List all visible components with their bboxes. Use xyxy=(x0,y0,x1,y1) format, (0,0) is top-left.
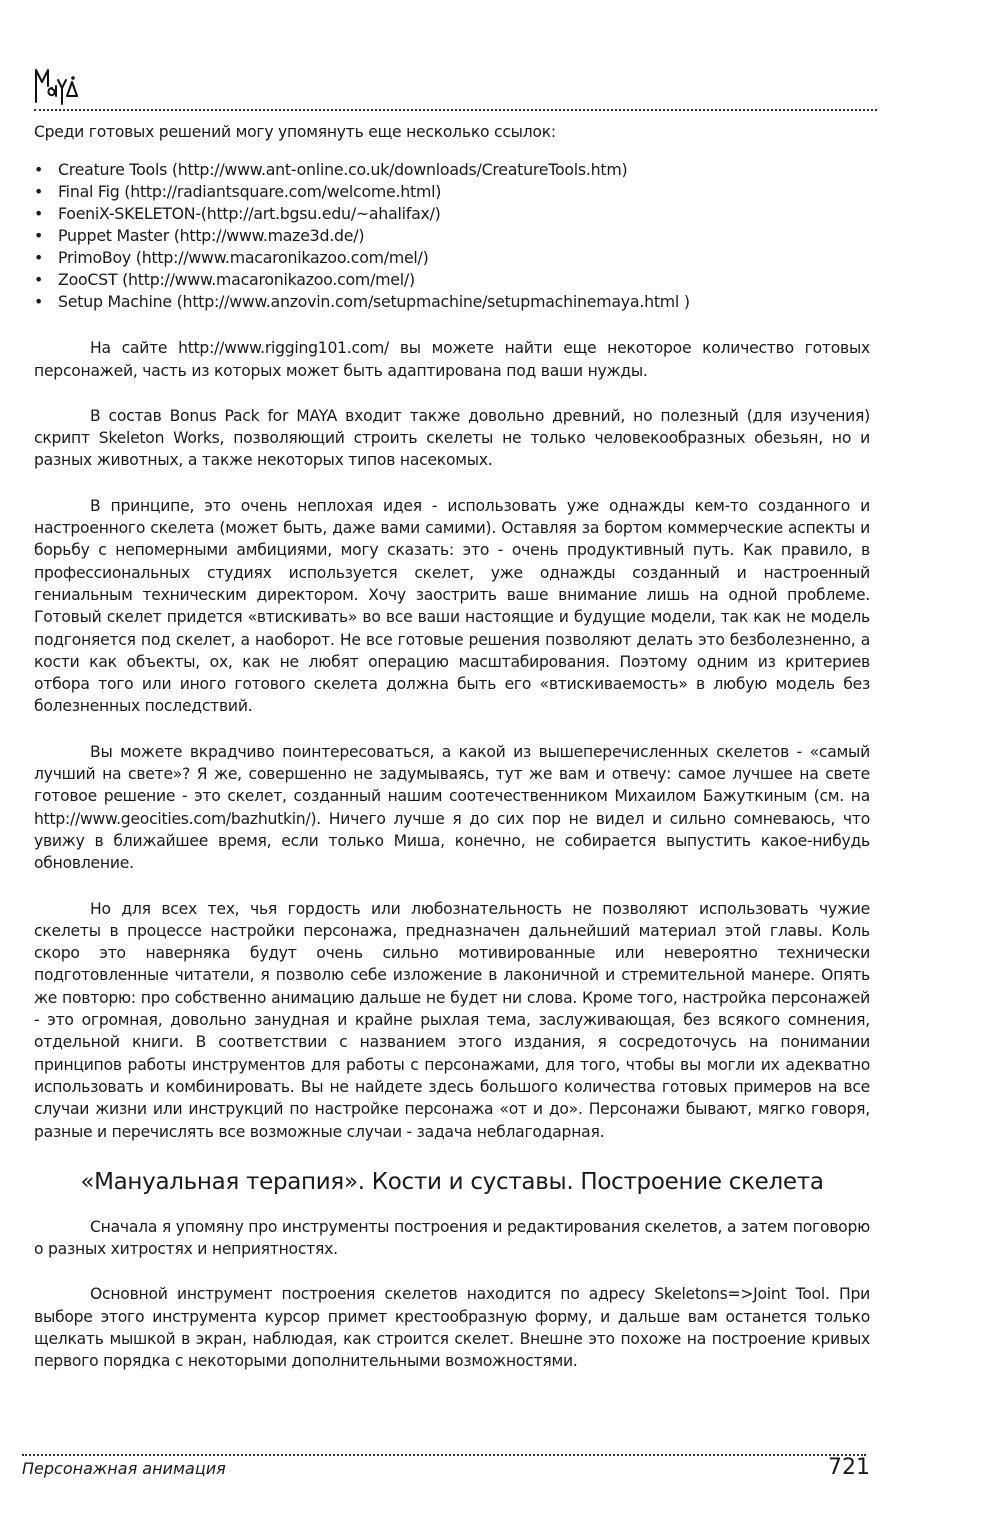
paragraph-joint-tool: Основной инструмент построения скелетов … xyxy=(34,1283,870,1372)
bullet-icon: • xyxy=(34,269,43,291)
paragraph-bonus-pack: В состав Bonus Pack for MAYA входит такж… xyxy=(34,405,870,472)
maya-logo xyxy=(34,66,78,106)
list-item-text: PrimoBoy (http://www.macaronikazoo.com/m… xyxy=(58,248,429,267)
paragraph-chapter-material: Но для всех тех, чья гордость или любозн… xyxy=(34,898,870,1143)
list-item: •Setup Machine (http://www.anzovin.com/s… xyxy=(34,291,870,313)
bullet-icon: • xyxy=(34,225,43,247)
ready-solutions-list: •Creature Tools (http://www.ant-online.c… xyxy=(34,159,870,313)
bullet-icon: • xyxy=(34,247,43,269)
bullet-icon: • xyxy=(34,203,43,225)
list-item: •Puppet Master (http://www.maze3d.de/) xyxy=(34,225,870,247)
paragraph-rigging101: На сайте http://www.rigging101.com/ вы м… xyxy=(34,337,870,382)
header-divider xyxy=(34,109,877,111)
list-item-text: FoeniX-SKELETON-(http://art.bgsu.edu/~ah… xyxy=(58,204,441,223)
paragraph-best-skeleton: Вы можете вкрадчиво поинтересоваться, а … xyxy=(34,741,870,875)
running-footer-title: Персонажная анимация xyxy=(22,1459,226,1478)
list-item: •ZooCST (http://www.macaronikazoo.com/me… xyxy=(34,269,870,291)
list-item-text: ZooCST (http://www.macaronikazoo.com/mel… xyxy=(58,270,415,289)
page-body: Среди готовых решений могу упомянуть еще… xyxy=(34,121,870,1396)
intro-text: Среди готовых решений могу упомянуть еще… xyxy=(34,121,870,143)
list-item-text: Creature Tools (http://www.ant-online.co… xyxy=(58,160,627,179)
list-item: •FoeniX-SKELETON-(http://art.bgsu.edu/~a… xyxy=(34,203,870,225)
list-item-text: Puppet Master (http://www.maze3d.de/) xyxy=(58,226,364,245)
page-number: 721 xyxy=(828,1455,870,1480)
footer-divider xyxy=(22,1454,866,1456)
list-item: •PrimoBoy (http://www.macaronikazoo.com/… xyxy=(34,247,870,269)
maya-logo-icon xyxy=(34,66,78,106)
list-item-text: Final Fig (http://radiantsquare.com/welc… xyxy=(58,182,441,201)
list-item: •Final Fig (http://radiantsquare.com/wel… xyxy=(34,181,870,203)
bullet-icon: • xyxy=(34,159,43,181)
paragraph-tools-intro: Сначала я упомяну про инструменты постро… xyxy=(34,1216,870,1261)
list-item: •Creature Tools (http://www.ant-online.c… xyxy=(34,159,870,181)
bullet-icon: • xyxy=(34,291,43,313)
section-heading: «Мануальная терапия». Кости и суставы. П… xyxy=(34,1166,870,1198)
list-item-text: Setup Machine (http://www.anzovin.com/se… xyxy=(58,292,690,311)
paragraph-reuse-skeleton: В принципе, это очень неплохая идея - ис… xyxy=(34,495,870,718)
bullet-icon: • xyxy=(34,181,43,203)
